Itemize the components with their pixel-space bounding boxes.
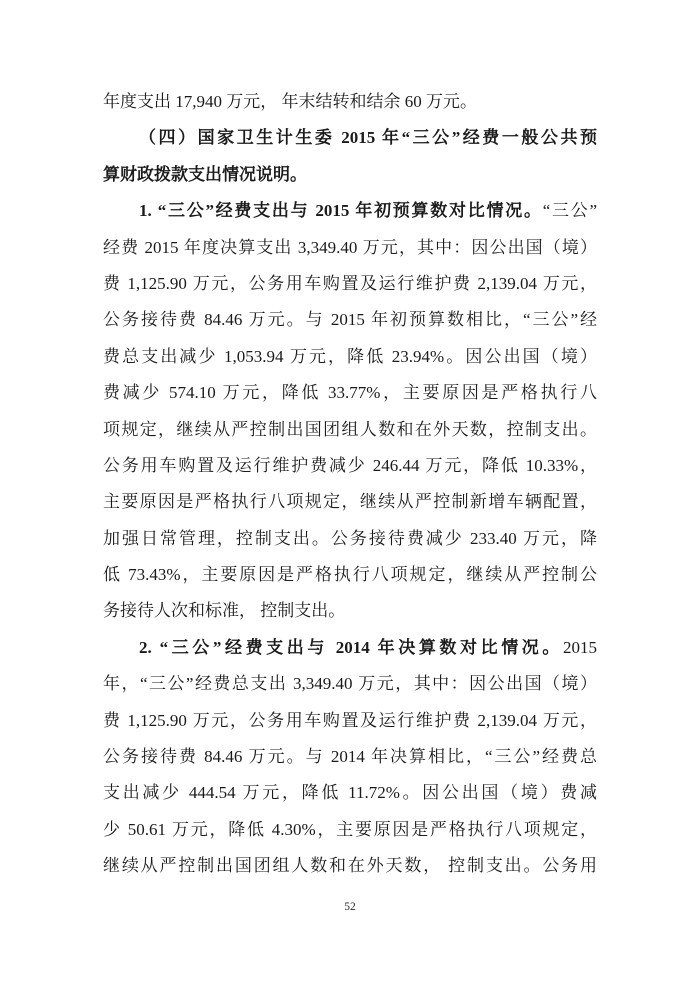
text-run: 年，“三公”经费总支出 3,349.40 万元，其中：因公出国（境）	[103, 674, 597, 693]
document-line: 算财政拨款支出情况说明。	[103, 157, 597, 193]
document-line: 费总支出减少 1,053.94 万元，降低 23.94%。因公出国（境）	[103, 339, 597, 375]
document-line: 公务接待费 84.46 万元。与 2015 年初预算数相比，“三公”经	[103, 302, 597, 338]
document-line: 公务接待费 84.46 万元。与 2014 年决算相比，“三公”经费总	[103, 739, 597, 775]
text-run: “三公”	[543, 201, 597, 220]
text-run: 继续从严控制出国团组人数和在外天数， 控制支出。公务用	[103, 856, 597, 875]
document-line: 加强日常管理，控制支出。公务接待费减少 233.40 万元，降	[103, 521, 597, 557]
document-line: 低 73.43%，主要原因是严格执行八项规定，继续从严控制公	[103, 557, 597, 593]
text-run: 费 1,125.90 万元，公务用车购置及运行维护费 2,139.04 万元，	[103, 711, 597, 730]
document-line: 项规定，继续从严控制出国团组人数和在外天数，控制支出。	[103, 412, 597, 448]
text-run: 2015	[563, 638, 597, 657]
text-run: 低 73.43%，主要原因是严格执行八项规定，继续从严控制公	[103, 565, 597, 584]
document-line: 费 1,125.90 万元，公务用车购置及运行维护费 2,139.04 万元，	[103, 266, 597, 302]
text-run: 少 50.61 万元，降低 4.30%，主要原因是严格执行八项规定，	[103, 820, 597, 839]
text-run-bold: （四）国家卫生计生委 2015 年“三公”经费一般公共预	[139, 128, 597, 147]
document-line: 少 50.61 万元，降低 4.30%，主要原因是严格执行八项规定，	[103, 812, 597, 848]
text-run-bold: 算财政拨款支出情况说明。	[103, 165, 307, 184]
document-line: 年度支出 17,940 万元， 年末结转和结余 60 万元。	[103, 84, 597, 120]
document-line: 继续从严控制出国团组人数和在外天数， 控制支出。公务用	[103, 848, 597, 884]
document-line: 务接待人次和标准， 控制支出。	[103, 593, 597, 629]
text-run: 费 1,125.90 万元，公务用车购置及运行维护费 2,139.04 万元，	[103, 274, 597, 293]
text-run: 公务接待费 84.46 万元。与 2014 年决算相比，“三公”经费总	[103, 747, 597, 766]
text-run: 费减少 574.10 万元，降低 33.77%，主要原因是严格执行八	[103, 383, 597, 402]
document-page: 年度支出 17,940 万元， 年末结转和结余 60 万元。（四）国家卫生计生委…	[0, 0, 700, 989]
document-body: 年度支出 17,940 万元， 年末结转和结余 60 万元。（四）国家卫生计生委…	[103, 84, 597, 885]
text-run: 务接待人次和标准， 控制支出。	[103, 601, 345, 620]
document-line: 费减少 574.10 万元，降低 33.77%，主要原因是严格执行八	[103, 375, 597, 411]
text-run: 支出减少 444.54 万元，降低 11.72%。因公出国（境）费减	[103, 783, 597, 802]
document-line: 经费 2015 年度决算支出 3,349.40 万元，其中：因公出国（境）	[103, 230, 597, 266]
document-line: 费 1,125.90 万元，公务用车购置及运行维护费 2,139.04 万元，	[103, 703, 597, 739]
text-run: 公务接待费 84.46 万元。与 2015 年初预算数相比，“三公”经	[103, 310, 597, 329]
text-run-bold: 2. “三公”经费支出与 2014 年决算数对比情况。	[139, 638, 563, 657]
document-line: 1. “三公”经费支出与 2015 年初预算数对比情况。“三公”	[103, 193, 597, 229]
page-number: 52	[0, 899, 700, 915]
document-line: 年，“三公”经费总支出 3,349.40 万元，其中：因公出国（境）	[103, 666, 597, 702]
text-run: 年度支出 17,940 万元， 年末结转和结余 60 万元。	[103, 92, 477, 111]
text-run: 公务用车购置及运行维护费减少 246.44 万元，降低 10.33%，	[103, 456, 597, 475]
text-run: 加强日常管理，控制支出。公务接待费减少 233.40 万元，降	[103, 529, 597, 548]
document-line: 主要原因是严格执行八项规定，继续从严控制新增车辆配置，	[103, 484, 597, 520]
text-run: 费总支出减少 1,053.94 万元，降低 23.94%。因公出国（境）	[103, 347, 597, 366]
text-run: 项规定，继续从严控制出国团组人数和在外天数，控制支出。	[103, 420, 597, 439]
document-line: 公务用车购置及运行维护费减少 246.44 万元，降低 10.33%，	[103, 448, 597, 484]
text-run-bold: 1. “三公”经费支出与 2015 年初预算数对比情况。	[139, 201, 543, 220]
document-line: 支出减少 444.54 万元，降低 11.72%。因公出国（境）费减	[103, 775, 597, 811]
document-line: （四）国家卫生计生委 2015 年“三公”经费一般公共预	[103, 120, 597, 156]
text-run: 主要原因是严格执行八项规定，继续从严控制新增车辆配置，	[103, 492, 597, 511]
document-line: 2. “三公”经费支出与 2014 年决算数对比情况。2015	[103, 630, 597, 666]
text-run: 经费 2015 年度决算支出 3,349.40 万元，其中：因公出国（境）	[103, 238, 597, 257]
